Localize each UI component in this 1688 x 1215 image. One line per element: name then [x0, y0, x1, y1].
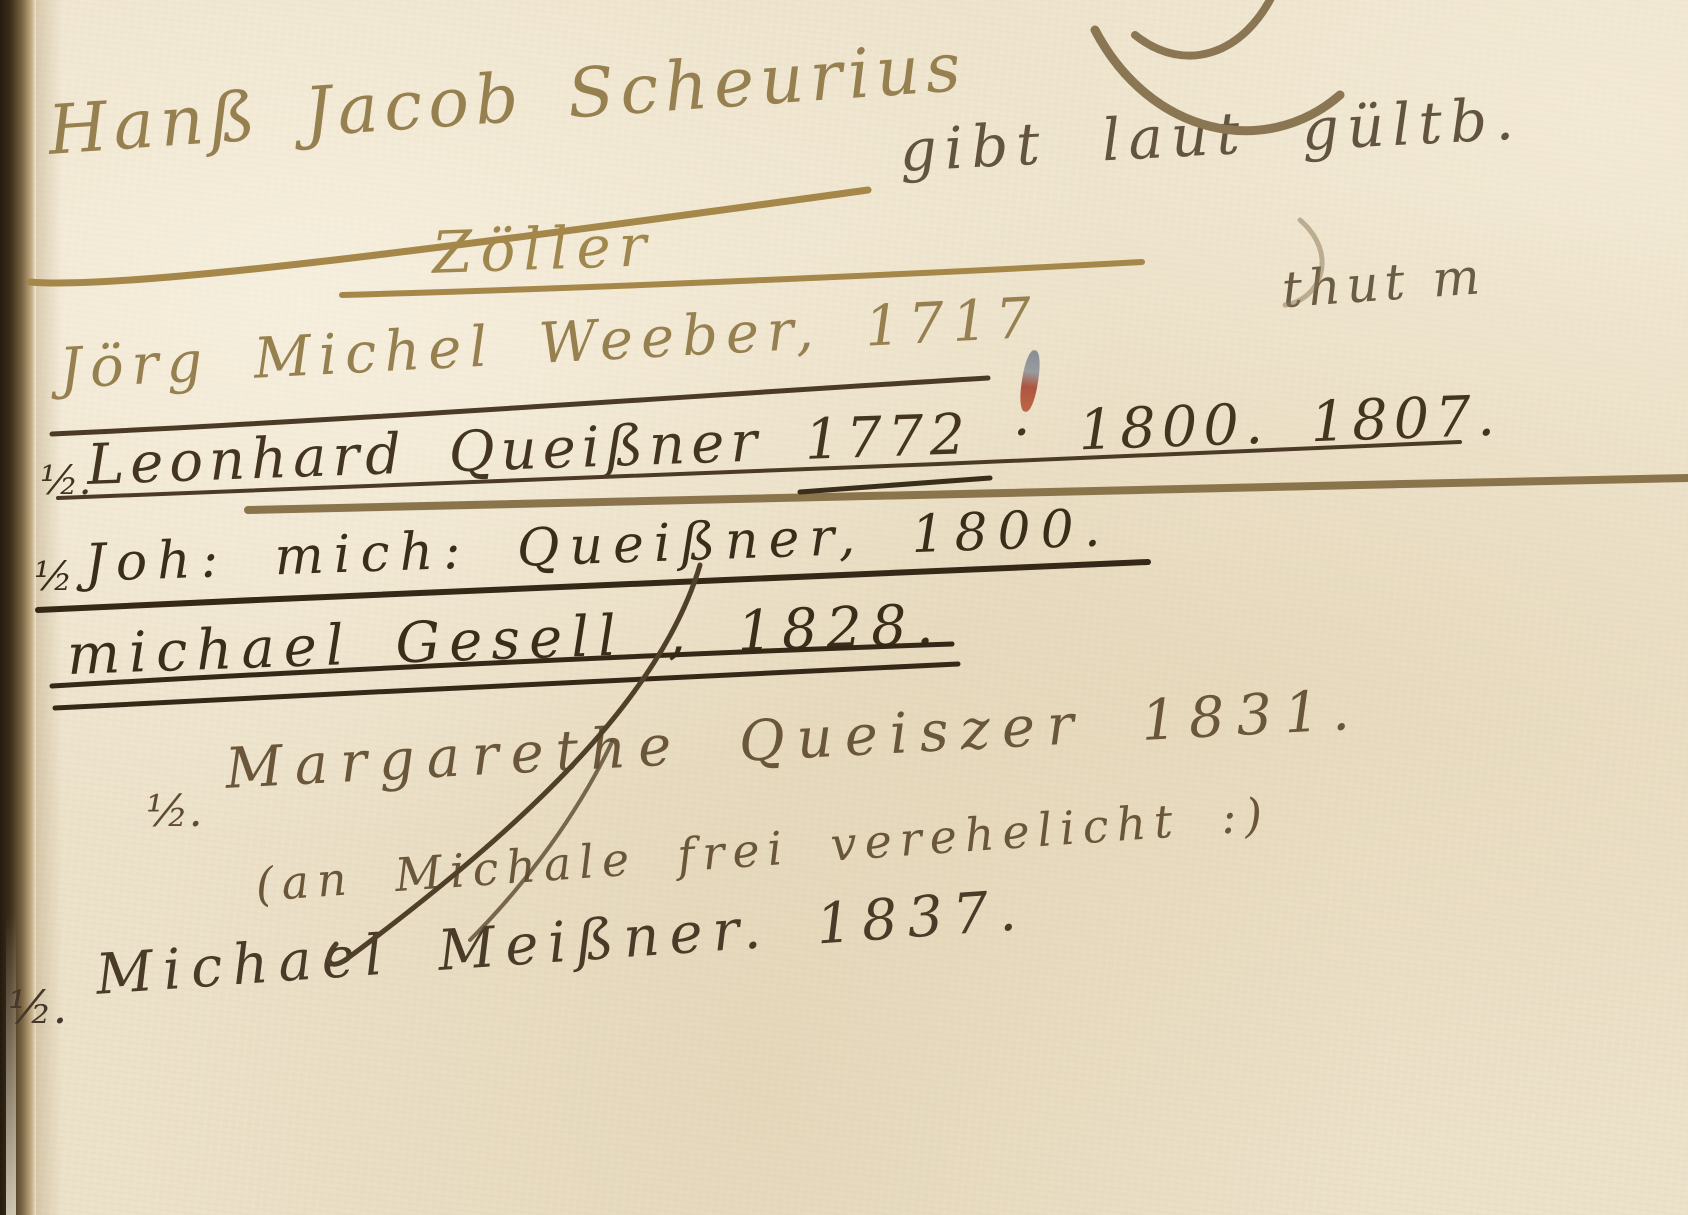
- share-fraction: ½.: [8, 980, 67, 1034]
- header-owner-name: Hanß Jacob Scheurius: [46, 34, 969, 166]
- entry-meissner-1837: Michael Meißner. 1837.: [94, 883, 1028, 1004]
- strike-1772: [800, 478, 990, 492]
- entry-weeber-1717: Jörg Michel Weeber, 1717: [58, 291, 1041, 398]
- subheading-trade: Zöller: [431, 216, 655, 282]
- header-continuation: gibt laut gültb.: [898, 89, 1523, 180]
- entry-queissner-1772: Leonhard Queißner 1772 · 1800. 1807.: [86, 389, 1502, 494]
- share-fraction: ½.: [34, 554, 85, 600]
- flourish-top-right: [1135, 0, 1275, 56]
- share-fraction: ½.: [40, 458, 91, 504]
- entry-marriage-note: (an Michale frei verehelicht :): [254, 791, 1272, 908]
- entry-gesell-1828: michael Gesell , 1828.: [66, 597, 943, 684]
- margin-note: thut m: [1281, 251, 1488, 315]
- entry-joh-mich-queissner-1800: Joh: mich: Queißner, 1800.: [84, 502, 1111, 590]
- manuscript-page: Hanß Jacob Scheurius gibt laut gültb. Zö…: [0, 0, 1688, 1215]
- share-fraction: ½.: [146, 786, 203, 837]
- paper-edge-streak: [6, 915, 16, 1215]
- entry-margarethe-queiszer-1831: Margarethe Queiszer 1831.: [224, 682, 1363, 797]
